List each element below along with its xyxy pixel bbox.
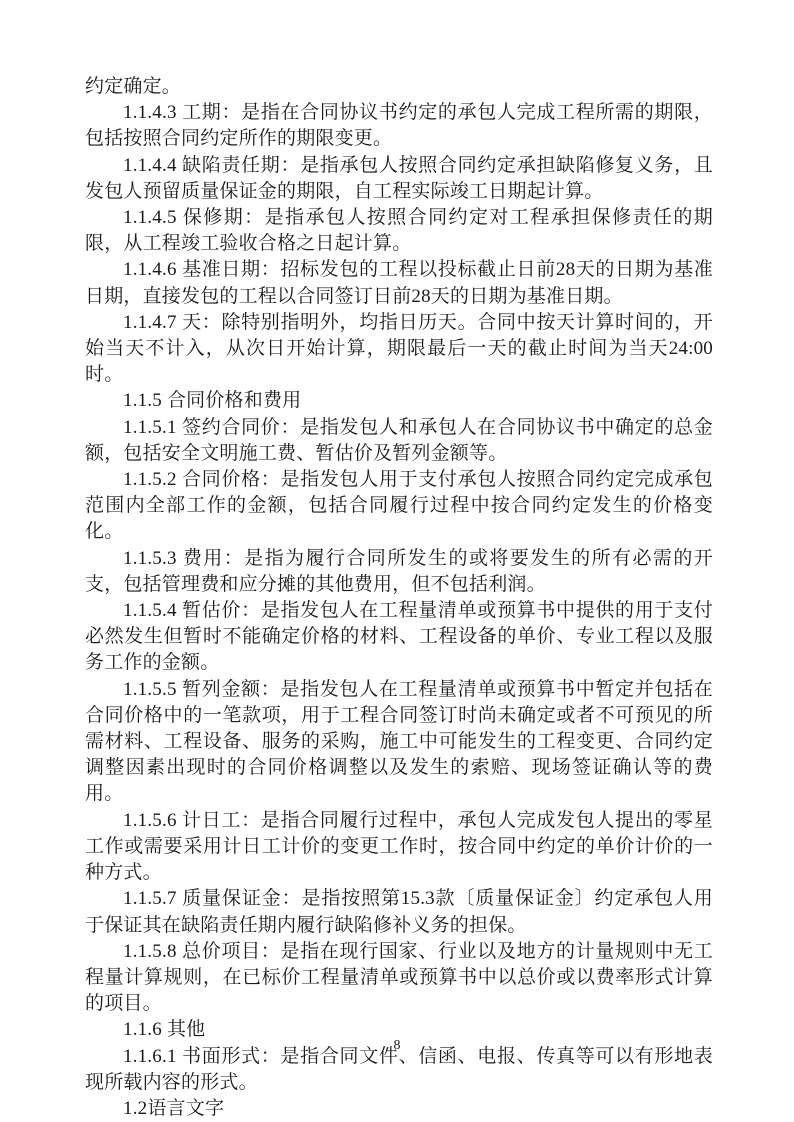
- paragraph: 1.1.5.6 计日工：是指合同履行过程中，承包人完成发包人提出的零星工作或需要…: [85, 808, 713, 887]
- paragraph: 约定确定。: [85, 74, 713, 100]
- paragraph: 1.2语言文字: [85, 1096, 713, 1122]
- paragraph: 1.1.5.8 总价项目：是指在现行国家、行业以及地方的计量规则中无工程量计算规…: [85, 939, 713, 1018]
- paragraph: 1.1.5 合同价格和费用: [85, 388, 713, 414]
- paragraph: 1.1.5.2 合同价格：是指发包人用于支付承包人按照合同约定完成承包范围内全部…: [85, 467, 713, 546]
- paragraph: 1.1.4.5 保修期：是指承包人按照合同约定对工程承担保修责任的期限，从工程竣…: [85, 205, 713, 257]
- document-body: 约定确定。1.1.4.3 工期：是指在合同协议书约定的承包人完成工程所需的期限，…: [85, 74, 713, 1122]
- paragraph: 1.1.4.4 缺陷责任期：是指承包人按照合同约定承担缺陷修复义务，且发包人预留…: [85, 153, 713, 205]
- paragraph: 1.1.4.7 天：除特别指明外，均指日历天。合同中按天计算时间的，开始当天不计…: [85, 310, 713, 389]
- paragraph: 1.1.4.3 工期：是指在合同协议书约定的承包人完成工程所需的期限，包括按照合…: [85, 100, 713, 152]
- page-number: 8: [0, 1038, 794, 1054]
- paragraph: 1.1.5.5 暂列金额：是指发包人在工程量清单或预算书中暂定并包括在合同价格中…: [85, 677, 713, 808]
- paragraph: 1.1.5.7 质量保证金：是指按照第15.3款〔质量保证金〕约定承包人用于保证…: [85, 886, 713, 938]
- paragraph: 1.1.4.6 基准日期：招标发包的工程以投标截止日前28天的日期为基准日期，直…: [85, 257, 713, 309]
- paragraph: 1.1.5.1 签约合同价：是指发包人和承包人在合同协议书中确定的总金额，包括安…: [85, 415, 713, 467]
- paragraph: 1.1.5.4 暂估价：是指发包人在工程量清单或预算书中提供的用于支付必然发生但…: [85, 598, 713, 677]
- document-page: 约定确定。1.1.4.3 工期：是指在合同协议书约定的承包人完成工程所需的期限，…: [0, 0, 794, 1122]
- paragraph: 1.1.5.3 费用：是指为履行合同所发生的或将要发生的所有必需的开支，包括管理…: [85, 546, 713, 598]
